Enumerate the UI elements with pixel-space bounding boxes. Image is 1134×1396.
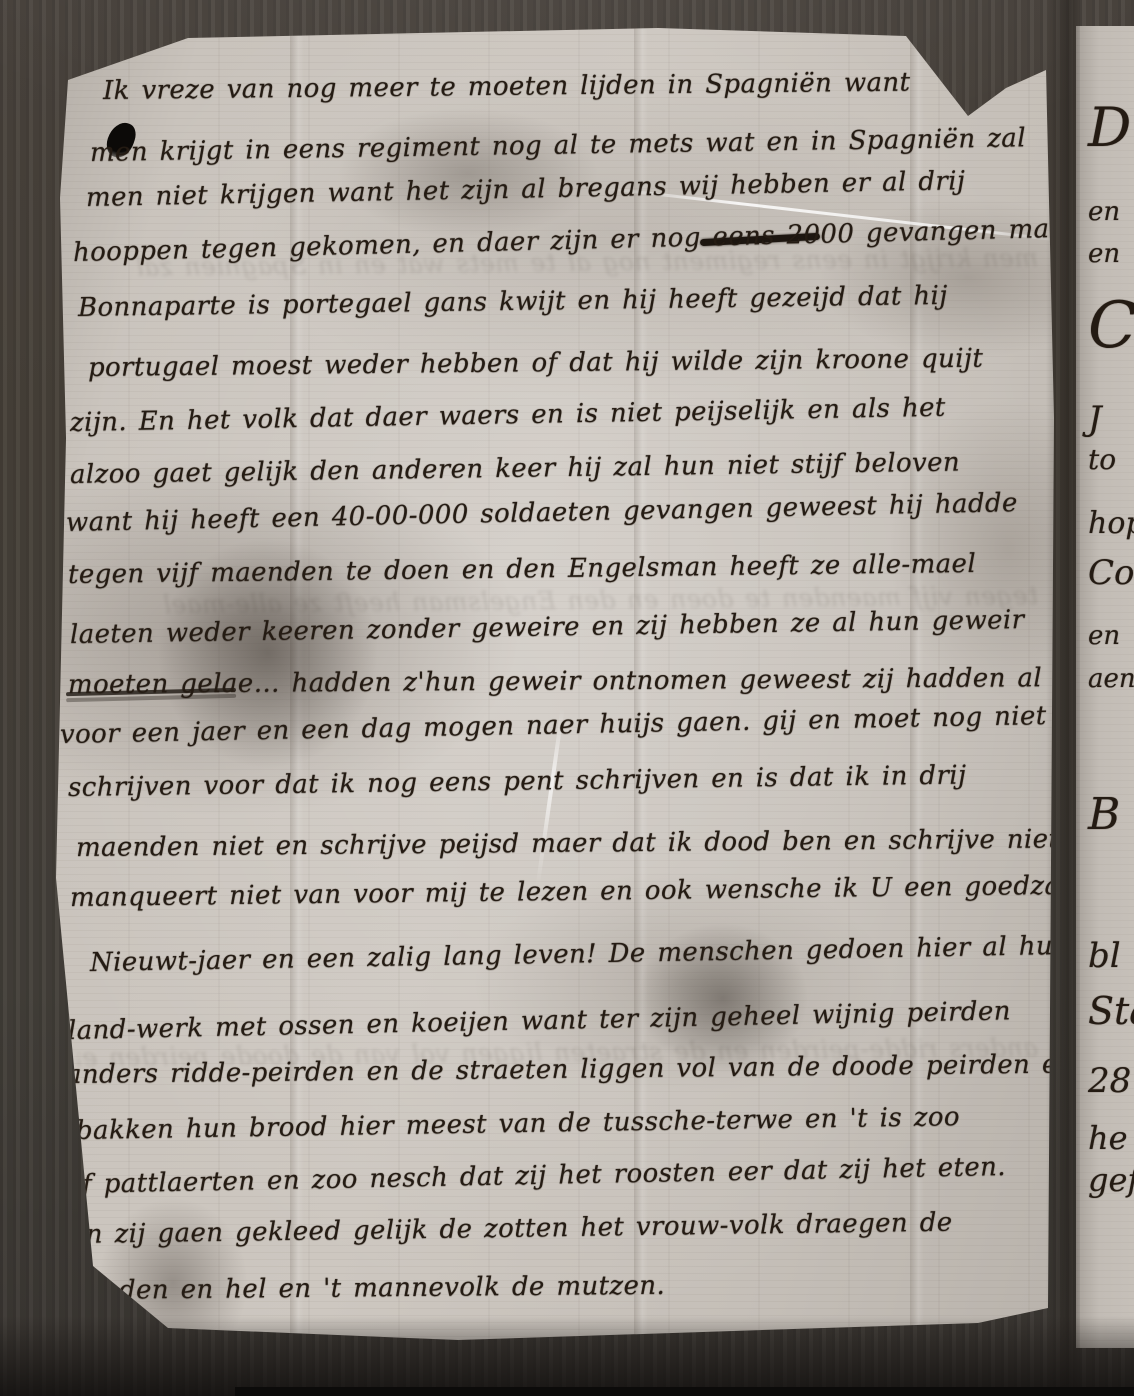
page-2-fragment: en bbox=[1088, 621, 1120, 651]
photograph-of-letter: men krijgt in eens regiment nog al te me… bbox=[0, 0, 1134, 1396]
page-2-fragment: en bbox=[1088, 239, 1120, 269]
letter-line: want hij heeft een 40-00-000 soldaeten g… bbox=[66, 488, 1018, 538]
page-2-fragment: aen bbox=[1088, 664, 1134, 694]
letter-line: schrijven voor dat ik nog eens pent schr… bbox=[68, 760, 967, 803]
letter-line: voor een jaer en een dag mogen naer huij… bbox=[60, 701, 1047, 750]
film-edge-strip bbox=[235, 1387, 1134, 1396]
page-2-fragment: B bbox=[1088, 789, 1120, 840]
page-2-fragment: he bbox=[1088, 1119, 1128, 1157]
letter-line: en zij gaen gekleed gelijk de zotten het… bbox=[70, 1208, 953, 1250]
page-2-fragment: Sta bbox=[1088, 989, 1134, 1033]
letter-page-1: men krijgt in eens regiment nog al te me… bbox=[38, 18, 1078, 1358]
letter-line: men krijgt in eens regiment nog al te me… bbox=[90, 123, 1026, 168]
letter-line: of pattlaerten en zoo nesch dat zij het … bbox=[66, 1152, 1006, 1200]
letter-line: bakken hun brood hier meest van de tussc… bbox=[76, 1102, 960, 1146]
page-2-fragment: D bbox=[1088, 96, 1131, 159]
page-2-fragment: to bbox=[1088, 443, 1116, 476]
photo-bottom-shadow bbox=[0, 1316, 1134, 1396]
letter-line: Bonnaparte is portegael gans kwijt en hi… bbox=[78, 281, 948, 323]
page-2-fragment: C bbox=[1088, 289, 1134, 363]
letter-line: alzoo gaet gelijk den anderen keer hij z… bbox=[70, 448, 960, 490]
letter-page-2-edge: DenenCJtohopConenaenBblSta28hegef bbox=[1076, 26, 1134, 1348]
letter-line: zijn. En het volk dat daer waers en is n… bbox=[70, 393, 946, 438]
page-2-fragment: hop bbox=[1088, 506, 1134, 541]
letter-line: Ik vreze van nog meer te moeten lijden i… bbox=[103, 68, 911, 106]
letter-line: hoeden en hel en 't mannevolk de mutzen. bbox=[70, 1271, 665, 1306]
page-2-fragment: J bbox=[1088, 399, 1102, 439]
letter-line: portugael moest weder hebben of dat hij … bbox=[88, 344, 984, 383]
page-2-fragment: Con bbox=[1088, 553, 1134, 593]
letter-line: men niet krijgen want het zijn al bregan… bbox=[86, 166, 966, 213]
letter-line: moeten gelae… hadden z'hun geweir ontnom… bbox=[68, 663, 1042, 700]
page-fold-seam-shadow bbox=[1046, 0, 1080, 1396]
page-2-fragment: gef bbox=[1088, 1161, 1134, 1199]
page-2-fragment: bl bbox=[1088, 936, 1121, 976]
letter-line: manqueert niet van voor mij te lezen en … bbox=[70, 870, 1095, 913]
page-2-fragment: en bbox=[1088, 197, 1120, 227]
page-2-fragment: 28 bbox=[1088, 1061, 1131, 1101]
